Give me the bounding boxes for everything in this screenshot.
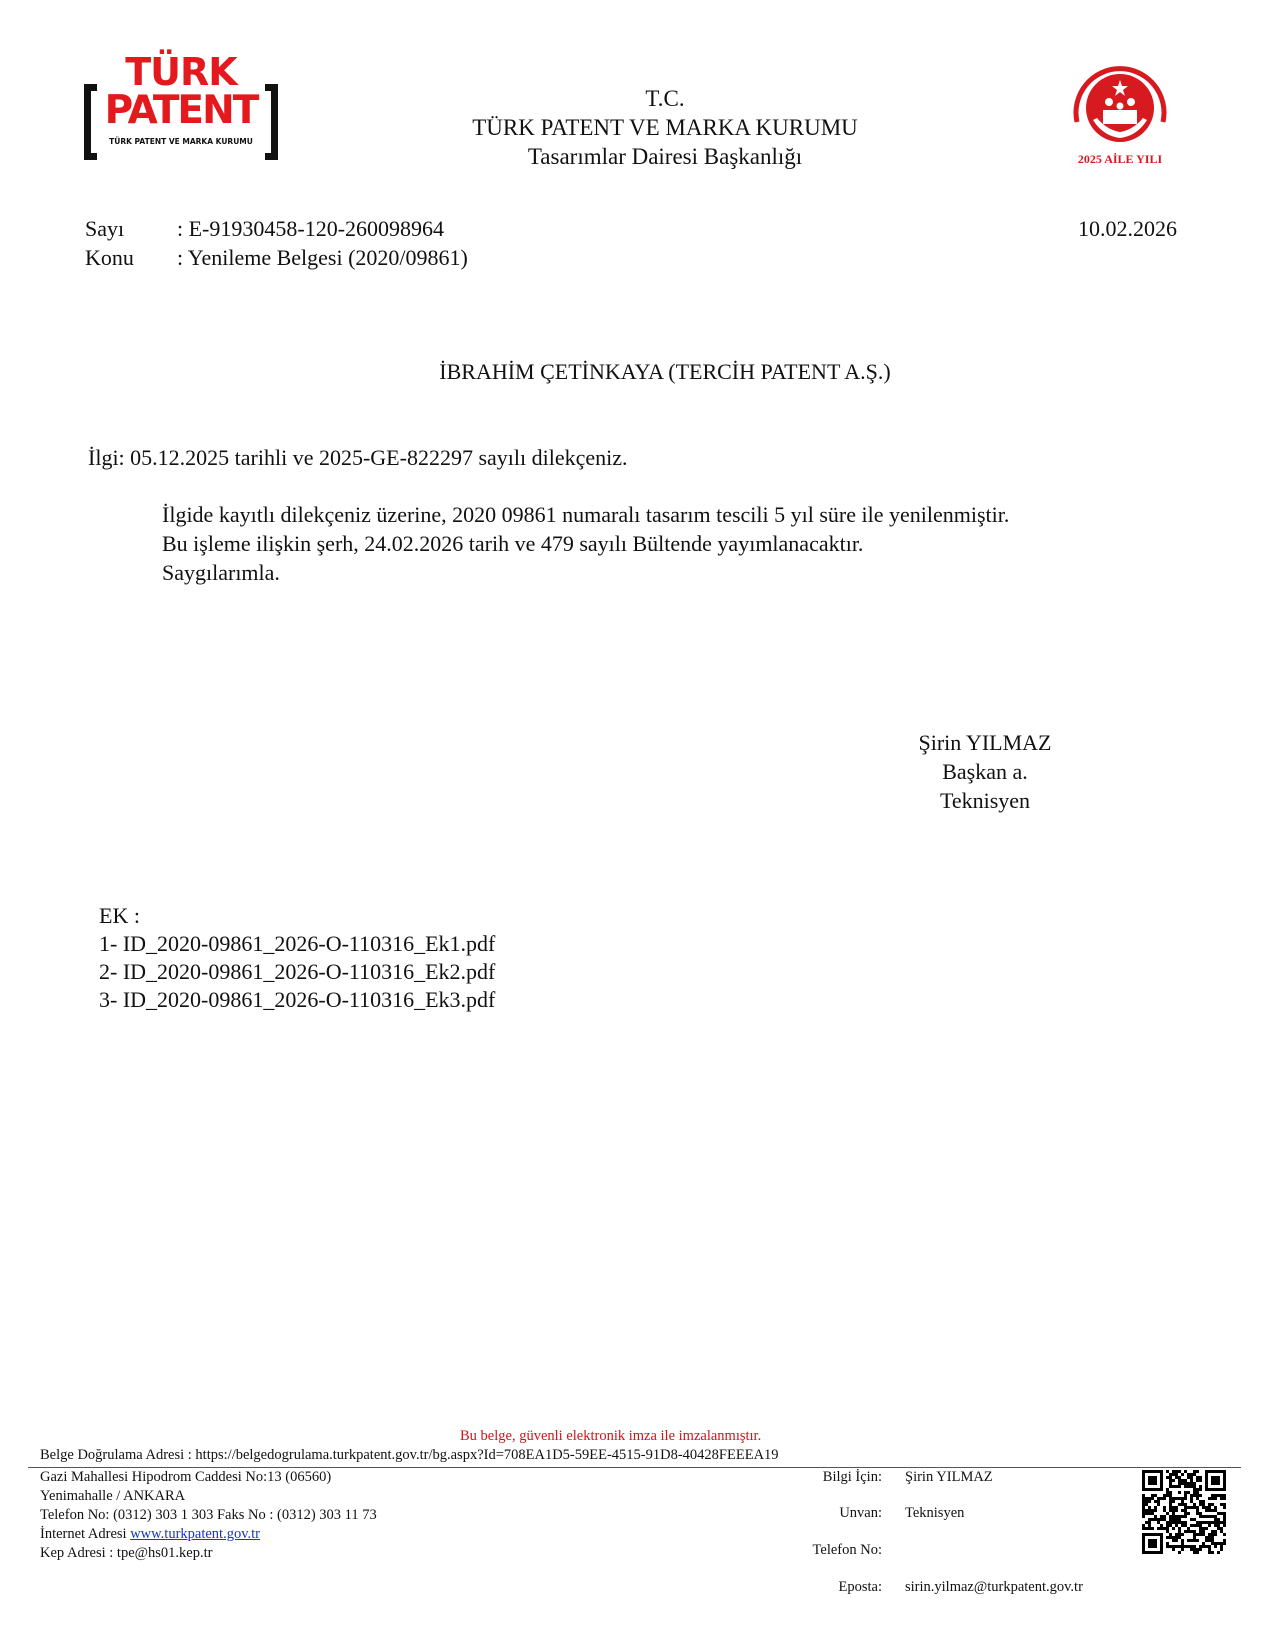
konu-label: Konu xyxy=(85,243,177,272)
internet-label: İnternet Adresi xyxy=(40,1526,130,1542)
contact-label-email: Eposta: xyxy=(762,1578,882,1597)
sayi-row: Sayı: E-91930458-120-260098964 xyxy=(85,214,444,243)
emblem-caption: 2025 AİLE YILI xyxy=(1063,152,1177,167)
address-line-2: Yenimahalle / ANKARA xyxy=(40,1487,185,1506)
contact-label-phone: Telefon No: xyxy=(762,1541,882,1560)
logo-word-patent: PATENT xyxy=(84,88,278,133)
esign-notice: Bu belge, güvenli elektronik imza ile im… xyxy=(460,1427,761,1446)
address-line-1: Gazi Mahallesi Hipodrom Caddesi No:13 (0… xyxy=(40,1468,331,1487)
contact-value-info: Şirin YILMAZ xyxy=(905,1468,993,1487)
turk-patent-logo: TÜRK PATENT TÜRK PATENT VE MARKA KURUMU xyxy=(84,54,278,150)
closing: Saygılarımla. xyxy=(162,558,280,587)
signer-title: Teknisyen xyxy=(885,786,1085,815)
family-hands-icon xyxy=(1063,62,1177,154)
kep-address: Kep Adresi : tpe@hs01.kep.tr xyxy=(40,1544,212,1563)
sayi-label: Sayı xyxy=(85,214,177,243)
contact-value-title: Teknisyen xyxy=(905,1504,964,1523)
body-paragraph-2: Bu işleme ilişkin şerh, 24.02.2026 tarih… xyxy=(162,529,863,558)
sayi-value: : E-91930458-120-260098964 xyxy=(177,216,444,241)
header-institution: TÜRK PATENT VE MARKA KURUMU xyxy=(365,113,965,142)
recipient: İBRAHİM ÇETİNKAYA (TERCİH PATENT A.Ş.) xyxy=(365,357,965,386)
phone-fax: Telefon No: (0312) 303 1 303 Faks No : (… xyxy=(40,1506,377,1525)
signer-name: Şirin YILMAZ xyxy=(885,728,1085,757)
attachments-heading: EK : xyxy=(99,901,140,930)
attachment-item[interactable]: 2- ID_2020-09861_2026-O-110316_Ek2.pdf xyxy=(99,957,495,986)
website-link[interactable]: www.turkpatent.gov.tr xyxy=(130,1526,260,1542)
qr-code-icon xyxy=(1142,1470,1226,1554)
body-paragraph-1: İlgide kayıtlı dilekçeniz üzerine, 2020 … xyxy=(162,500,1009,529)
internet-address: İnternet Adresi www.turkpatent.gov.tr xyxy=(40,1525,260,1544)
attachment-item[interactable]: 1- ID_2020-09861_2026-O-110316_Ek1.pdf xyxy=(99,929,495,958)
konu-value: : Yenileme Belgesi (2020/09861) xyxy=(177,245,468,270)
verification-address[interactable]: Belge Doğrulama Adresi : https://belgedo… xyxy=(40,1446,779,1465)
attachment-item[interactable]: 3- ID_2020-09861_2026-O-110316_Ek3.pdf xyxy=(99,985,495,1014)
family-year-emblem: 2025 AİLE YILI xyxy=(1063,62,1177,170)
reference-line: İlgi: 05.12.2025 tarihli ve 2025-GE-8222… xyxy=(88,443,628,472)
contact-label-info: Bilgi İçin: xyxy=(762,1468,882,1487)
signer-role: Başkan a. xyxy=(885,757,1085,786)
contact-value-email[interactable]: sirin.yilmaz@turkpatent.gov.tr xyxy=(905,1578,1083,1597)
logo-subtitle: TÜRK PATENT VE MARKA KURUMU xyxy=(84,137,278,146)
document-date: 10.02.2026 xyxy=(1078,214,1177,243)
header-tc: T.C. xyxy=(365,84,965,113)
contact-label-title: Unvan: xyxy=(762,1504,882,1523)
konu-row: Konu: Yenileme Belgesi (2020/09861) xyxy=(85,243,468,272)
header-department: Tasarımlar Dairesi Başkanlığı xyxy=(365,142,965,171)
